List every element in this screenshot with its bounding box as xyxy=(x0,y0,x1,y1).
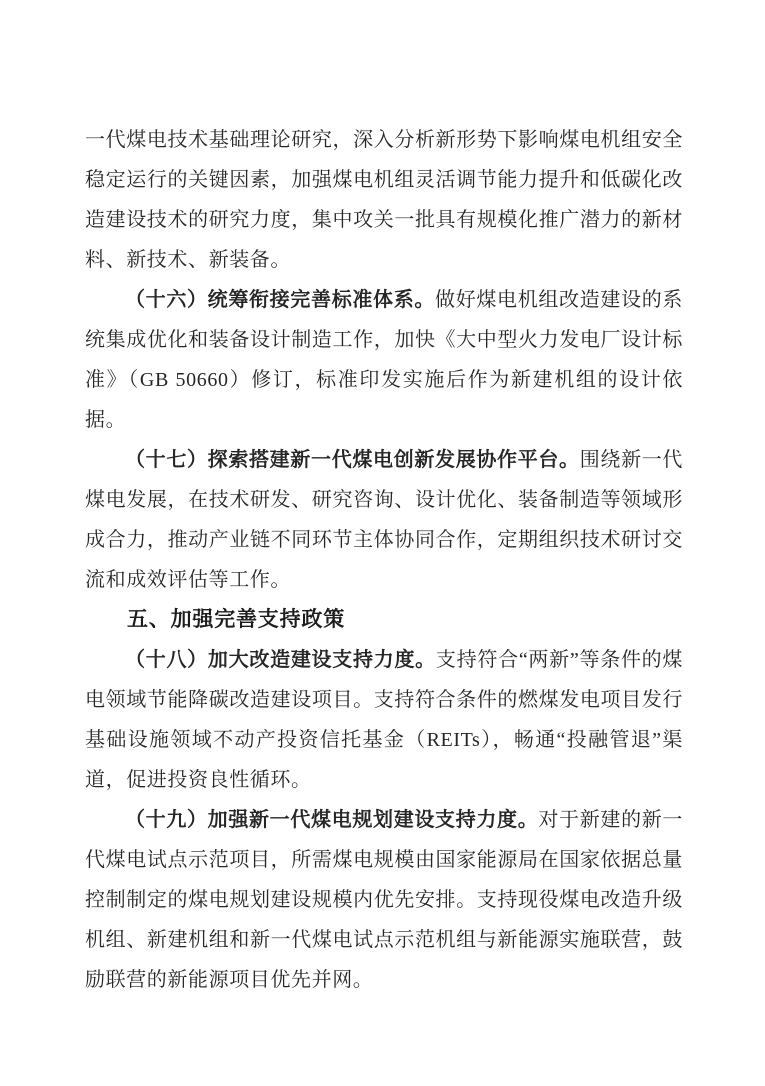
paragraph-item-17: （十七）探索搭建新一代煤电创新发展协作平台。围绕新一代煤电发展，在技术研发、研究… xyxy=(85,440,683,600)
paragraph-item-16: （十六）统筹衔接完善标准体系。做好煤电机组改造建设的系统集成优化和装备设计制造工… xyxy=(85,280,683,440)
paragraph-item-19: （十九）加强新一代煤电规划建设支持力度。对于新建的新一代煤电试点示范项目，所需煤… xyxy=(85,800,683,1000)
paragraph-lead: （十八）加大改造建设支持力度。 xyxy=(125,649,436,671)
paragraph-lead: （十九）加强新一代煤电规划建设支持力度。 xyxy=(125,809,538,831)
paragraph-continuation: 一代煤电技术基础理论研究，深入分析新形势下影响煤电机组安全稳定运行的关键因素，加… xyxy=(85,120,683,280)
paragraph-item-18: （十八）加大改造建设支持力度。支持符合“两新”等条件的煤电领域节能降碳改造建设项… xyxy=(85,640,683,800)
document-page: 一代煤电技术基础理论研究，深入分析新形势下影响煤电机组安全稳定运行的关键因素，加… xyxy=(0,0,765,1086)
paragraph-lead: （十六）统筹衔接完善标准体系。 xyxy=(125,289,435,311)
paragraph-lead: （十七）探索搭建新一代煤电创新发展协作平台。 xyxy=(125,449,580,471)
section-heading: 五、加强完善支持政策 xyxy=(85,600,683,640)
paragraph-text: 一代煤电技术基础理论研究，深入分析新形势下影响煤电机组安全稳定运行的关键因素，加… xyxy=(85,129,683,271)
paragraph-text: 对于新建的新一代煤电试点示范项目，所需煤电规模由国家能源局在国家依据总量控制制定… xyxy=(85,809,683,991)
